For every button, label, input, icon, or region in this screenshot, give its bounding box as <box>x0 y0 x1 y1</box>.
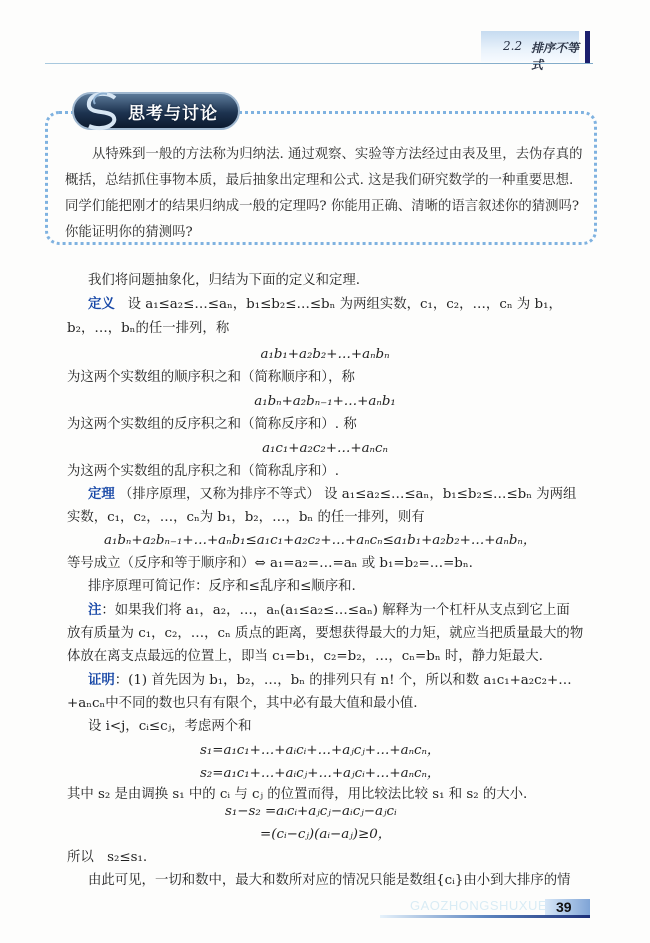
formula-difference-1: s₁−s₂ =aᵢcᵢ+aⱼcⱼ−aᵢcⱼ−aⱼcᵢ <box>225 803 397 821</box>
definition-label: 定义 <box>88 297 115 312</box>
header-rule <box>45 63 593 64</box>
proof-line-1: 证明：(1) 首先因为 b₁，b₂，…，bₙ 的排列只有 n! 个，所以和数 a… <box>88 672 572 690</box>
note-line-1: 注：如果我们将 a₁，a₂，…，aₙ(a₁≤a₂≤…≤aₙ) 解释为一个杠杆从支… <box>88 602 570 620</box>
think-discuss-title: 思考与讨论 <box>128 99 218 124</box>
proof-line-2: +aₙcₙ中不同的数也只有有限个，其中必有最大值和最小值. <box>67 695 418 713</box>
theorem-line-2: 实数，c₁，c₂，…，cₙ为 b₁，b₂，…，bₙ 的任一排列，则有 <box>67 509 425 527</box>
definition-text-1: 设 a₁≤a₂≤…≤aₙ，b₁≤b₂≤…≤bₙ 为两组实数，c₁，c₂，…，cₙ… <box>128 297 562 312</box>
page-number: 39 <box>556 899 572 915</box>
theorem-line-1: 定理 （排序原理，又称为排序不等式） 设 a₁≤a₂≤…≤aₙ，b₁≤b₂≤…≤… <box>88 486 576 504</box>
theorem-label: 定理 <box>88 487 115 502</box>
closing-paragraph-1: 由此可见，一切和数中，最大和数所对应的情况只能是数组{cᵢ}由小到大排序的情 <box>88 872 571 890</box>
header-accent-bar <box>585 31 590 63</box>
section-title: 排序不等式 <box>531 39 579 73</box>
note-line-3: 体放在离支点最远的位置上，即当 c₁=b₁，c₂=b₂，…，cₙ=bₙ 时，静力… <box>67 648 543 666</box>
proof-line-3: 设 i<j，cᵢ≤cⱼ，考虑两个和 <box>88 718 252 736</box>
think-discuss-paragraph: 从特殊到一般的方法称为归纳法. 通过观察、实验等方法经过由表及里，去伪存真的概括… <box>65 142 585 246</box>
section-header-tab: 2.2 排序不等式 <box>481 31 579 62</box>
proof-text-1: ：(1) 首先因为 b₁，b₂，…，bₙ 的排列只有 n! 个，所以和数 a₁c… <box>115 673 572 688</box>
think-discuss-text: 从特殊到一般的方法称为归纳法. 通过观察、实验等方法经过由表及里，去伪存真的概括… <box>65 147 583 240</box>
rearrangement-inequality-formula: a₁bₙ+a₂bₙ₋₁+…+aₙb₁≤a₁c₁+a₂c₂+…+aₙcₙ≤a₁b₁… <box>104 532 536 550</box>
theorem-summary: 排序原理可简记作：反序和≤乱序和≤顺序和. <box>88 578 356 596</box>
proof-conclusion: 所以 s₂≤s₁. <box>67 849 147 867</box>
note-label: 注 <box>88 603 101 618</box>
intro-text: 我们将问题抽象化，归结为下面的定义和定理. <box>88 272 360 290</box>
swirl-logo-icon <box>77 86 127 136</box>
definition-line-2: b₂，…，bₙ的任一排列，称 <box>67 320 229 338</box>
note-line-2: 放有质量为 c₁，c₂，…，cₙ 质点的距离，要想获得最大的力矩，就应当把质量最… <box>67 625 583 643</box>
formula-random-sum: a₁c₁+a₂c₂+…+aₙcₙ <box>0 440 650 458</box>
equality-condition: 等号成立（反序和等于顺序和）⇔ a₁=a₂=…=aₙ 或 b₁=b₂=…=bₙ. <box>67 555 473 573</box>
random-sum-text: 为这两个实数组的乱序积之和（简称乱序和）. <box>67 463 339 481</box>
formula-reverse-sum: a₁bₙ+a₂bₙ₋₁+…+aₙb₁ <box>0 393 650 411</box>
note-text-1: ：如果我们将 a₁，a₂，…，aₙ(a₁≤a₂≤…≤aₙ) 解释为一个杠杆从支点… <box>101 603 569 618</box>
footer-rule <box>380 915 590 918</box>
formula-difference-2: =(cᵢ−cⱼ)(aᵢ−aⱼ)≥0， <box>260 826 391 844</box>
reverse-sum-text: 为这两个实数组的反序积之和（简称反序和）. 称 <box>67 416 357 434</box>
formula-s2: s₂=a₁c₁+…+aᵢcⱼ+…+aⱼcᵢ+…+aₙcₙ， <box>200 765 440 783</box>
proof-label: 证明 <box>88 673 115 688</box>
proof-line-4: 其中 s₂ 是由调换 s₁ 中的 cᵢ 与 cⱼ 的位置而得，用比较法比较 s₁… <box>67 786 527 804</box>
ordered-sum-text: 为这两个实数组的顺序积之和（简称顺序和），称 <box>67 369 355 387</box>
formula-s1: s₁=a₁c₁+…+aᵢcᵢ+…+aⱼcⱼ+…+aₙcₙ， <box>200 742 440 760</box>
section-number: 2.2 <box>503 39 522 53</box>
formula-ordered-sum: a₁b₁+a₂b₂+…+aₙbₙ <box>0 346 650 364</box>
footer-brand: GAOZHONGSHUXUE <box>410 898 547 913</box>
theorem-text-1: （排序原理，又称为排序不等式） 设 a₁≤a₂≤…≤aₙ，b₁≤b₂≤…≤bₙ … <box>119 487 576 502</box>
definition-line-1: 定义 设 a₁≤a₂≤…≤aₙ，b₁≤b₂≤…≤bₙ 为两组实数，c₁，c₂，…… <box>88 296 562 314</box>
